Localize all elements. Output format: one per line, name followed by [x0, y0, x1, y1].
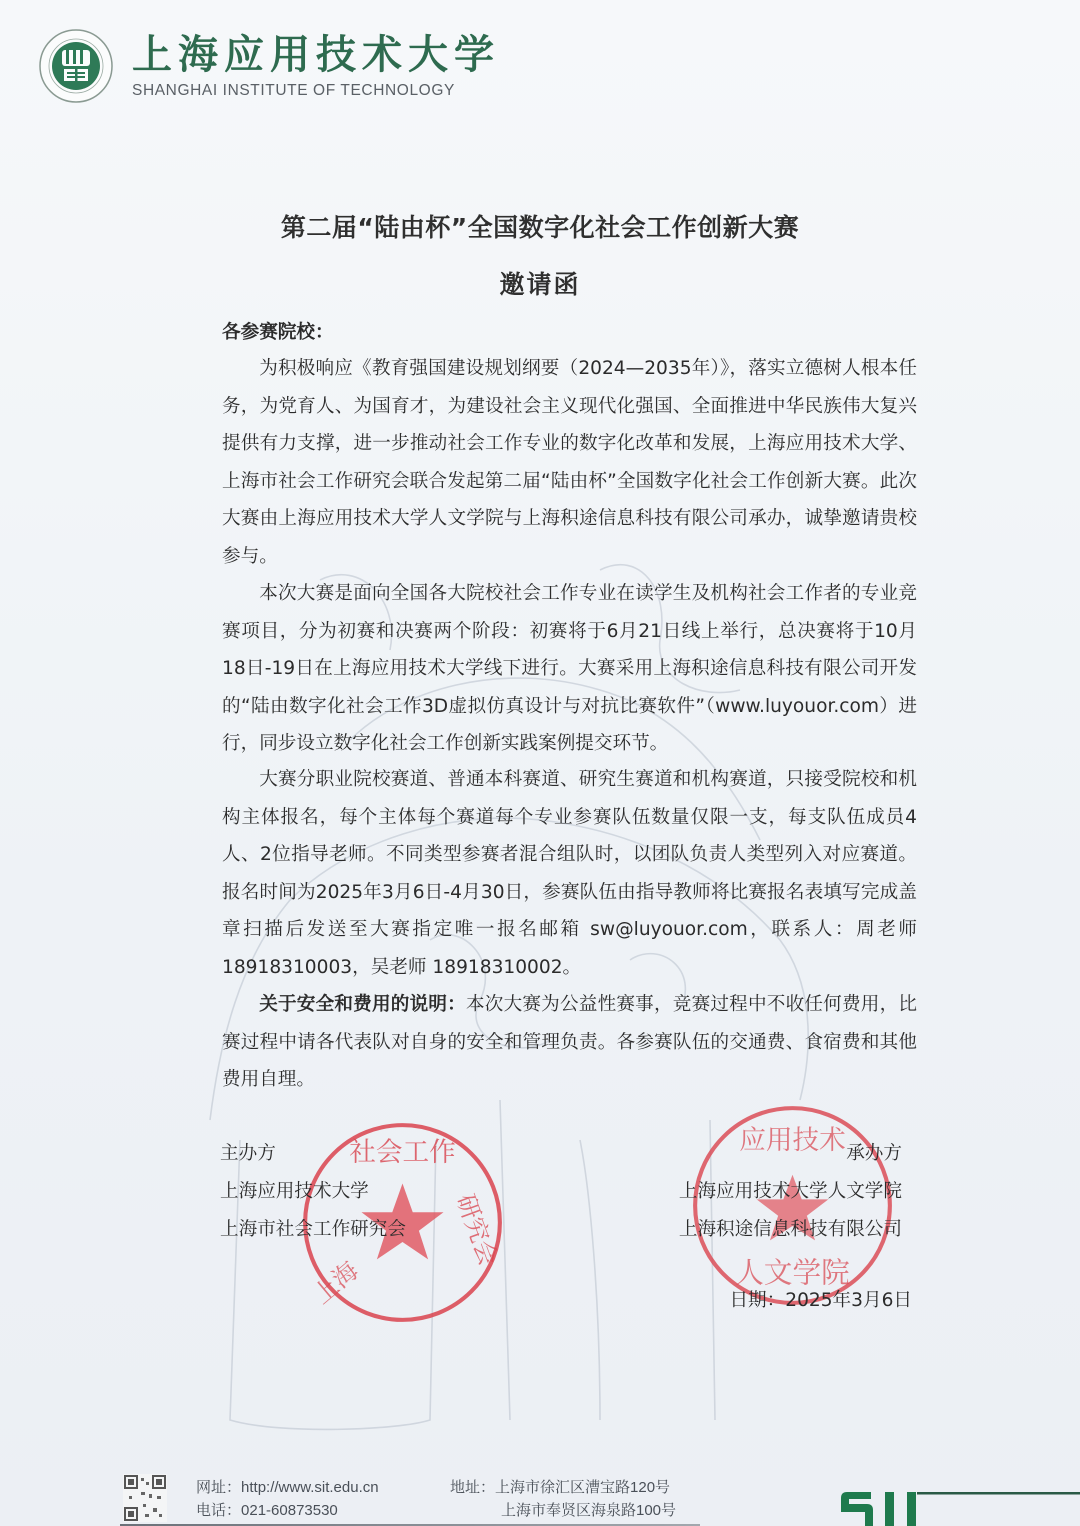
address-1: 上海市徐汇区漕宝路120号: [495, 1479, 670, 1496]
organizers-block: 主办方 上海应用技术大学 上海市社会工作研究会: [220, 1135, 406, 1249]
document-subtitle: 邀请函: [0, 265, 1080, 301]
hosts-block: 承办方 上海应用技术大学人文学院 上海积途信息科技有限公司: [679, 1135, 902, 1249]
sit-logo-icon: [833, 1472, 1080, 1526]
organizer-1: 上海应用技术大学: [220, 1173, 406, 1211]
address-label: 地址：: [450, 1479, 495, 1496]
university-name-en: SHANGHAI INSTITUTE OF TECHNOLOGY: [132, 82, 500, 100]
website-label: 网址：: [196, 1479, 241, 1496]
paragraph-safety-fees: 关于安全和费用的说明：本次大赛为公益性赛事，竞赛过程中不收任何费用，比赛过程中请…: [222, 986, 917, 1099]
organizer-2: 上海市社会工作研究会: [220, 1211, 406, 1249]
svg-text:上海: 上海: [307, 1255, 364, 1309]
document-title: 第二届“陆由杯”全国数字化社会工作创新大赛: [0, 208, 1080, 244]
paragraph-registration: 大赛分职业院校赛道、普通本科赛道、研究生赛道和机构赛道，只接受院校和机构主体报名…: [222, 761, 917, 986]
host-1: 上海应用技术大学人文学院: [679, 1173, 902, 1211]
paragraph-purpose: 为积极响应《教育强国建设规划纲要（2024—2035年）》，落实立德树人根本任务…: [222, 350, 917, 575]
organizers-label: 主办方: [220, 1135, 406, 1173]
university-name-cn: 上海应用技术大学: [132, 32, 500, 78]
issue-date: 日期：2025年3月6日: [729, 1286, 912, 1312]
qr-code-icon: [123, 1474, 167, 1522]
address-2: 上海市奉贤区海泉路100号: [501, 1502, 676, 1519]
host-2: 上海积途信息科技有限公司: [679, 1211, 902, 1249]
letterhead: 上海应用技术大学 SHANGHAI INSTITUTE OF TECHNOLOG…: [38, 28, 500, 104]
phone-label: 电话：: [196, 1502, 241, 1519]
website-link[interactable]: http://www.sit.edu.cn: [241, 1479, 379, 1496]
footer-address: 地址：上海市徐汇区漕宝路120号 上海市奉贤区海泉路100号: [450, 1476, 676, 1522]
invitation-letter-page: 上海应用技术大学 SHANGHAI INSTITUTE OF TECHNOLOG…: [0, 0, 1080, 1526]
phone-number: 021-60873530: [241, 1502, 338, 1519]
footer-contact: 网址：http://www.sit.edu.cn 电话：021-60873530: [196, 1476, 379, 1522]
paragraph-competition-details: 本次大赛是面向全国各大院校社会工作专业在读学生及机构社会工作者的专业竞赛项目，分…: [222, 575, 917, 763]
university-emblem-icon: [38, 28, 114, 104]
svg-text:研究会: 研究会: [451, 1190, 503, 1269]
salutation: 各参赛院校：: [222, 314, 917, 352]
svg-text:人文学院: 人文学院: [735, 1255, 850, 1289]
safety-fees-heading: 关于安全和费用的说明：: [259, 994, 466, 1015]
hosts-label: 承办方: [679, 1135, 902, 1173]
